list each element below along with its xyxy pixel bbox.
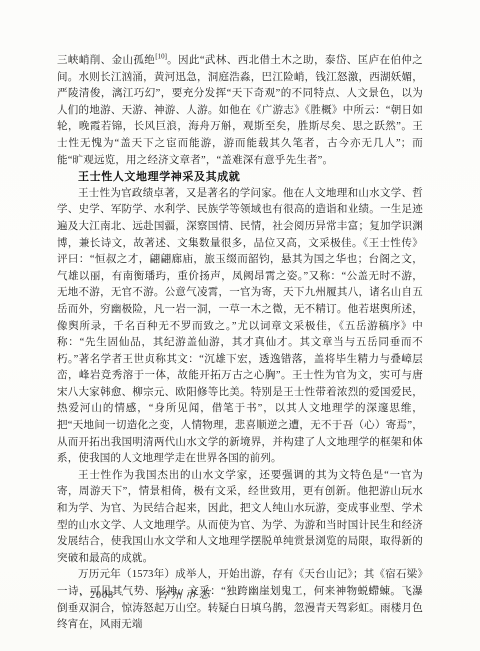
page-footer: · 2008 · 台州市志 bbox=[73, 586, 213, 602]
page-number: 2008 bbox=[90, 590, 114, 601]
paragraph-continuation: 三峡峭削、金山孤绝[10]。因此“武林、西北借土木之助，泰岱、匡庐在伯仲之间。水… bbox=[57, 53, 423, 169]
footer-separator-dot: · bbox=[121, 590, 124, 600]
footer-separator-dot: · bbox=[80, 590, 83, 600]
book-title: 台州市志 bbox=[157, 586, 213, 602]
paragraph-text: 三峡峭削、金山孤绝 bbox=[57, 55, 155, 66]
paragraph-text: 。因此“武林、西北借土木之助，泰岱、匡庐在伯仲之间。水则长江汹涌，黄河迅急，洞庭… bbox=[57, 55, 423, 166]
footnote-reference: [10] bbox=[155, 53, 167, 61]
paragraph-literary-style: 王士性作为我国杰出的山水文学家，还要强调的其为文特色是“一官为寄，周游天下”，情… bbox=[57, 468, 423, 568]
paragraph-achievements: 王士性为官政绩卓著，又是著名的学问家。他在人文地理和山水文学、哲学、史学、军防学… bbox=[57, 186, 423, 468]
document-page: 三峡峭削、金山孤绝[10]。因此“武林、西北借土木之助，泰岱、匡庐在伯仲之间。水… bbox=[0, 0, 480, 634]
scanned-book-page: { "page": { "background": "#fdfdfb", "te… bbox=[0, 0, 480, 651]
section-heading: 王士性人文地理学神采及其成就 bbox=[57, 169, 423, 186]
